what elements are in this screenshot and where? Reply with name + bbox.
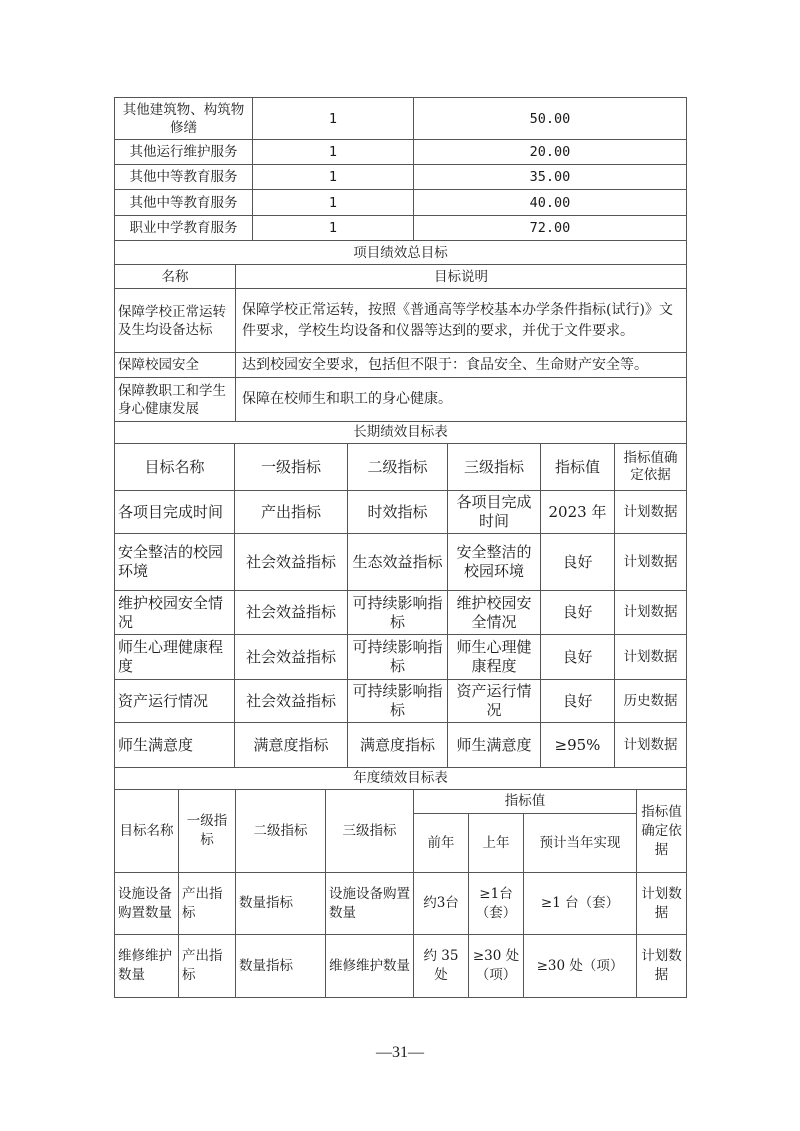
cell-level1: 社会效益指标 (235, 591, 348, 635)
table-row: 其他中等教育服务 1 35.00 (115, 165, 687, 190)
goal-name: 保障教职工和学生身心健康发展 (115, 378, 236, 422)
section-title: 长期绩效目标表 (115, 422, 687, 444)
cell-level1: 产出指标 (179, 935, 236, 998)
cell-goal-name: 维修维护数量 (115, 935, 179, 998)
cell-level3: 维护校园安全情况 (448, 591, 541, 635)
item-name: 其他运行维护服务 (115, 140, 253, 165)
cell-level2: 可持续影响指标 (348, 635, 448, 680)
cell-level3: 各项目完成时间 (448, 491, 541, 534)
table-row: 其他建筑物、构筑物修缮 1 50.00 (115, 98, 687, 140)
column-header: 目标说明 (236, 265, 687, 289)
column-header: 上年 (469, 814, 524, 873)
goal-name: 保障学校正常运转及生均设备达标 (115, 289, 236, 353)
column-header: 指标值确定依据 (637, 790, 687, 873)
section-title: 年度绩效目标表 (115, 768, 687, 790)
cell-last-year: ≥1台（套） (469, 873, 524, 935)
table-row: 维护校园安全情况 社会效益指标 可持续影响指标 维护校园安全情况 良好 计划数据 (115, 591, 687, 635)
column-header: 指标值 (541, 444, 615, 491)
section-title: 项目绩效总目标 (115, 241, 687, 265)
cell-level2: 数量指标 (236, 873, 326, 935)
item-quantity: 1 (253, 140, 414, 165)
cell-level3: 设施设备购置数量 (326, 873, 414, 935)
table-row: 安全整洁的校园环境 社会效益指标 生态效益指标 安全整洁的校园环境 良好 计划数… (115, 534, 687, 591)
cell-value: 2023 年 (541, 491, 615, 534)
cell-level2: 时效指标 (348, 491, 448, 534)
item-quantity: 1 (253, 98, 414, 140)
column-header: 一级指标 (179, 790, 236, 873)
column-header: 二级指标 (348, 444, 448, 491)
cell-basis: 历史数据 (615, 680, 687, 723)
table-row: 维修维护数量 产出指标 数量指标 维修维护数量 约 35 处 ≥30 处（项） … (115, 935, 687, 998)
column-header: 目标名称 (115, 790, 179, 873)
cell-current-year: ≥30 处（项） (524, 935, 637, 998)
table-header-row: 目标名称 一级指标 二级指标 三级指标 指标值 指标值确定依据 (115, 444, 687, 491)
cell-prev-prev-year: 约3台 (414, 873, 469, 935)
cell-goal-name: 资产运行情况 (115, 680, 235, 723)
item-amount: 50.00 (414, 98, 687, 140)
column-header: 目标名称 (115, 444, 235, 491)
budget-items-table: 其他建筑物、构筑物修缮 1 50.00 其他运行维护服务 1 20.00 其他中… (114, 97, 687, 241)
cell-level3: 师生心理健康程度 (448, 635, 541, 680)
table-row: 师生满意度 满意度指标 满意度指标 师生满意度 ≥95% 计划数据 (115, 723, 687, 768)
cell-basis: 计划数据 (615, 591, 687, 635)
cell-value: 良好 (541, 534, 615, 591)
table-row: 设施设备购置数量 产出指标 数量指标 设施设备购置数量 约3台 ≥1台（套） ≥… (115, 873, 687, 935)
cell-level2: 生态效益指标 (348, 534, 448, 591)
cell-level3: 师生满意度 (448, 723, 541, 768)
cell-prev-prev-year: 约 35 处 (414, 935, 469, 998)
cell-basis: 计划数据 (615, 534, 687, 591)
item-name: 其他中等教育服务 (115, 190, 253, 216)
table-row: 保障校园安全 达到校园安全要求，包括但不限于：食品安全、生命财产安全等。 (115, 353, 687, 378)
table-header-row: 名称 目标说明 (115, 265, 687, 289)
table-row: 资产运行情况 社会效益指标 可持续影响指标 资产运行情况 良好 历史数据 (115, 680, 687, 723)
item-amount: 35.00 (414, 165, 687, 190)
item-amount: 72.00 (414, 216, 687, 241)
cell-basis: 计划数据 (637, 873, 687, 935)
cell-level1: 社会效益指标 (235, 680, 348, 723)
cell-level1: 产出指标 (179, 873, 236, 935)
item-quantity: 1 (253, 165, 414, 190)
item-quantity: 1 (253, 190, 414, 216)
item-amount: 20.00 (414, 140, 687, 165)
goal-description: 保障在校师生和职工的身心健康。 (236, 378, 687, 422)
cell-level2: 可持续影响指标 (348, 680, 448, 723)
cell-basis: 计划数据 (637, 935, 687, 998)
cell-goal-name: 设施设备购置数量 (115, 873, 179, 935)
cell-value: 良好 (541, 680, 615, 723)
cell-goal-name: 师生满意度 (115, 723, 235, 768)
item-quantity: 1 (253, 216, 414, 241)
item-amount: 40.00 (414, 190, 687, 216)
column-header: 指标值 (414, 790, 637, 814)
goal-description: 达到校园安全要求，包括但不限于：食品安全、生命财产安全等。 (236, 353, 687, 378)
long-term-performance-table: 长期绩效目标表 目标名称 一级指标 二级指标 三级指标 指标值 指标值确定依据 … (114, 421, 687, 768)
cell-value: ≥95% (541, 723, 615, 768)
cell-level1: 社会效益指标 (235, 534, 348, 591)
column-header: 指标值确定依据 (615, 444, 687, 491)
cell-level3: 维修维护数量 (326, 935, 414, 998)
cell-value: 良好 (541, 591, 615, 635)
cell-level1: 满意度指标 (235, 723, 348, 768)
cell-goal-name: 维护校园安全情况 (115, 591, 235, 635)
cell-level1: 产出指标 (235, 491, 348, 534)
goal-description: 保障学校正常运转，按照《普通高等学校基本办学条件指标(试行)》文件要求，学校生均… (236, 289, 687, 353)
item-name: 其他建筑物、构筑物修缮 (115, 98, 253, 140)
table-row: 其他中等教育服务 1 40.00 (115, 190, 687, 216)
column-header: 二级指标 (236, 790, 326, 873)
cell-goal-name: 师生心理健康程度 (115, 635, 235, 680)
cell-level3: 资产运行情况 (448, 680, 541, 723)
cell-level2: 可持续影响指标 (348, 591, 448, 635)
table-row: 职业中学教育服务 1 72.00 (115, 216, 687, 241)
cell-basis: 计划数据 (615, 723, 687, 768)
table-row: 各项目完成时间 产出指标 时效指标 各项目完成时间 2023 年 计划数据 (115, 491, 687, 534)
cell-basis: 计划数据 (615, 491, 687, 534)
cell-level2: 数量指标 (236, 935, 326, 998)
page-number: —31— (0, 1044, 800, 1062)
column-header: 三级指标 (448, 444, 541, 491)
cell-goal-name: 各项目完成时间 (115, 491, 235, 534)
cell-last-year: ≥30 处（项） (469, 935, 524, 998)
table-row: 其他运行维护服务 1 20.00 (115, 140, 687, 165)
cell-level2: 满意度指标 (348, 723, 448, 768)
item-name: 职业中学教育服务 (115, 216, 253, 241)
annual-performance-table: 年度绩效目标表 目标名称 一级指标 二级指标 三级指标 指标值 指标值确定依据 … (114, 767, 687, 998)
column-header: 三级指标 (326, 790, 414, 873)
cell-basis: 计划数据 (615, 635, 687, 680)
cell-goal-name: 安全整洁的校园环境 (115, 534, 235, 591)
cell-level1: 社会效益指标 (235, 635, 348, 680)
column-header: 预计当年实现 (524, 814, 637, 873)
cell-value: 良好 (541, 635, 615, 680)
table-row: 保障教职工和学生身心健康发展 保障在校师生和职工的身心健康。 (115, 378, 687, 422)
column-header: 前年 (414, 814, 469, 873)
item-name: 其他中等教育服务 (115, 165, 253, 190)
overall-goals-table: 项目绩效总目标 名称 目标说明 保障学校正常运转及生均设备达标 保障学校正常运转… (114, 240, 687, 422)
table-row: 保障学校正常运转及生均设备达标 保障学校正常运转，按照《普通高等学校基本办学条件… (115, 289, 687, 353)
cell-current-year: ≥1 台（套） (524, 873, 637, 935)
column-header: 名称 (115, 265, 236, 289)
goal-name: 保障校园安全 (115, 353, 236, 378)
column-header: 一级指标 (235, 444, 348, 491)
cell-level3: 安全整洁的校园环境 (448, 534, 541, 591)
table-row: 师生心理健康程度 社会效益指标 可持续影响指标 师生心理健康程度 良好 计划数据 (115, 635, 687, 680)
table-header-row: 目标名称 一级指标 二级指标 三级指标 指标值 指标值确定依据 (115, 790, 687, 814)
